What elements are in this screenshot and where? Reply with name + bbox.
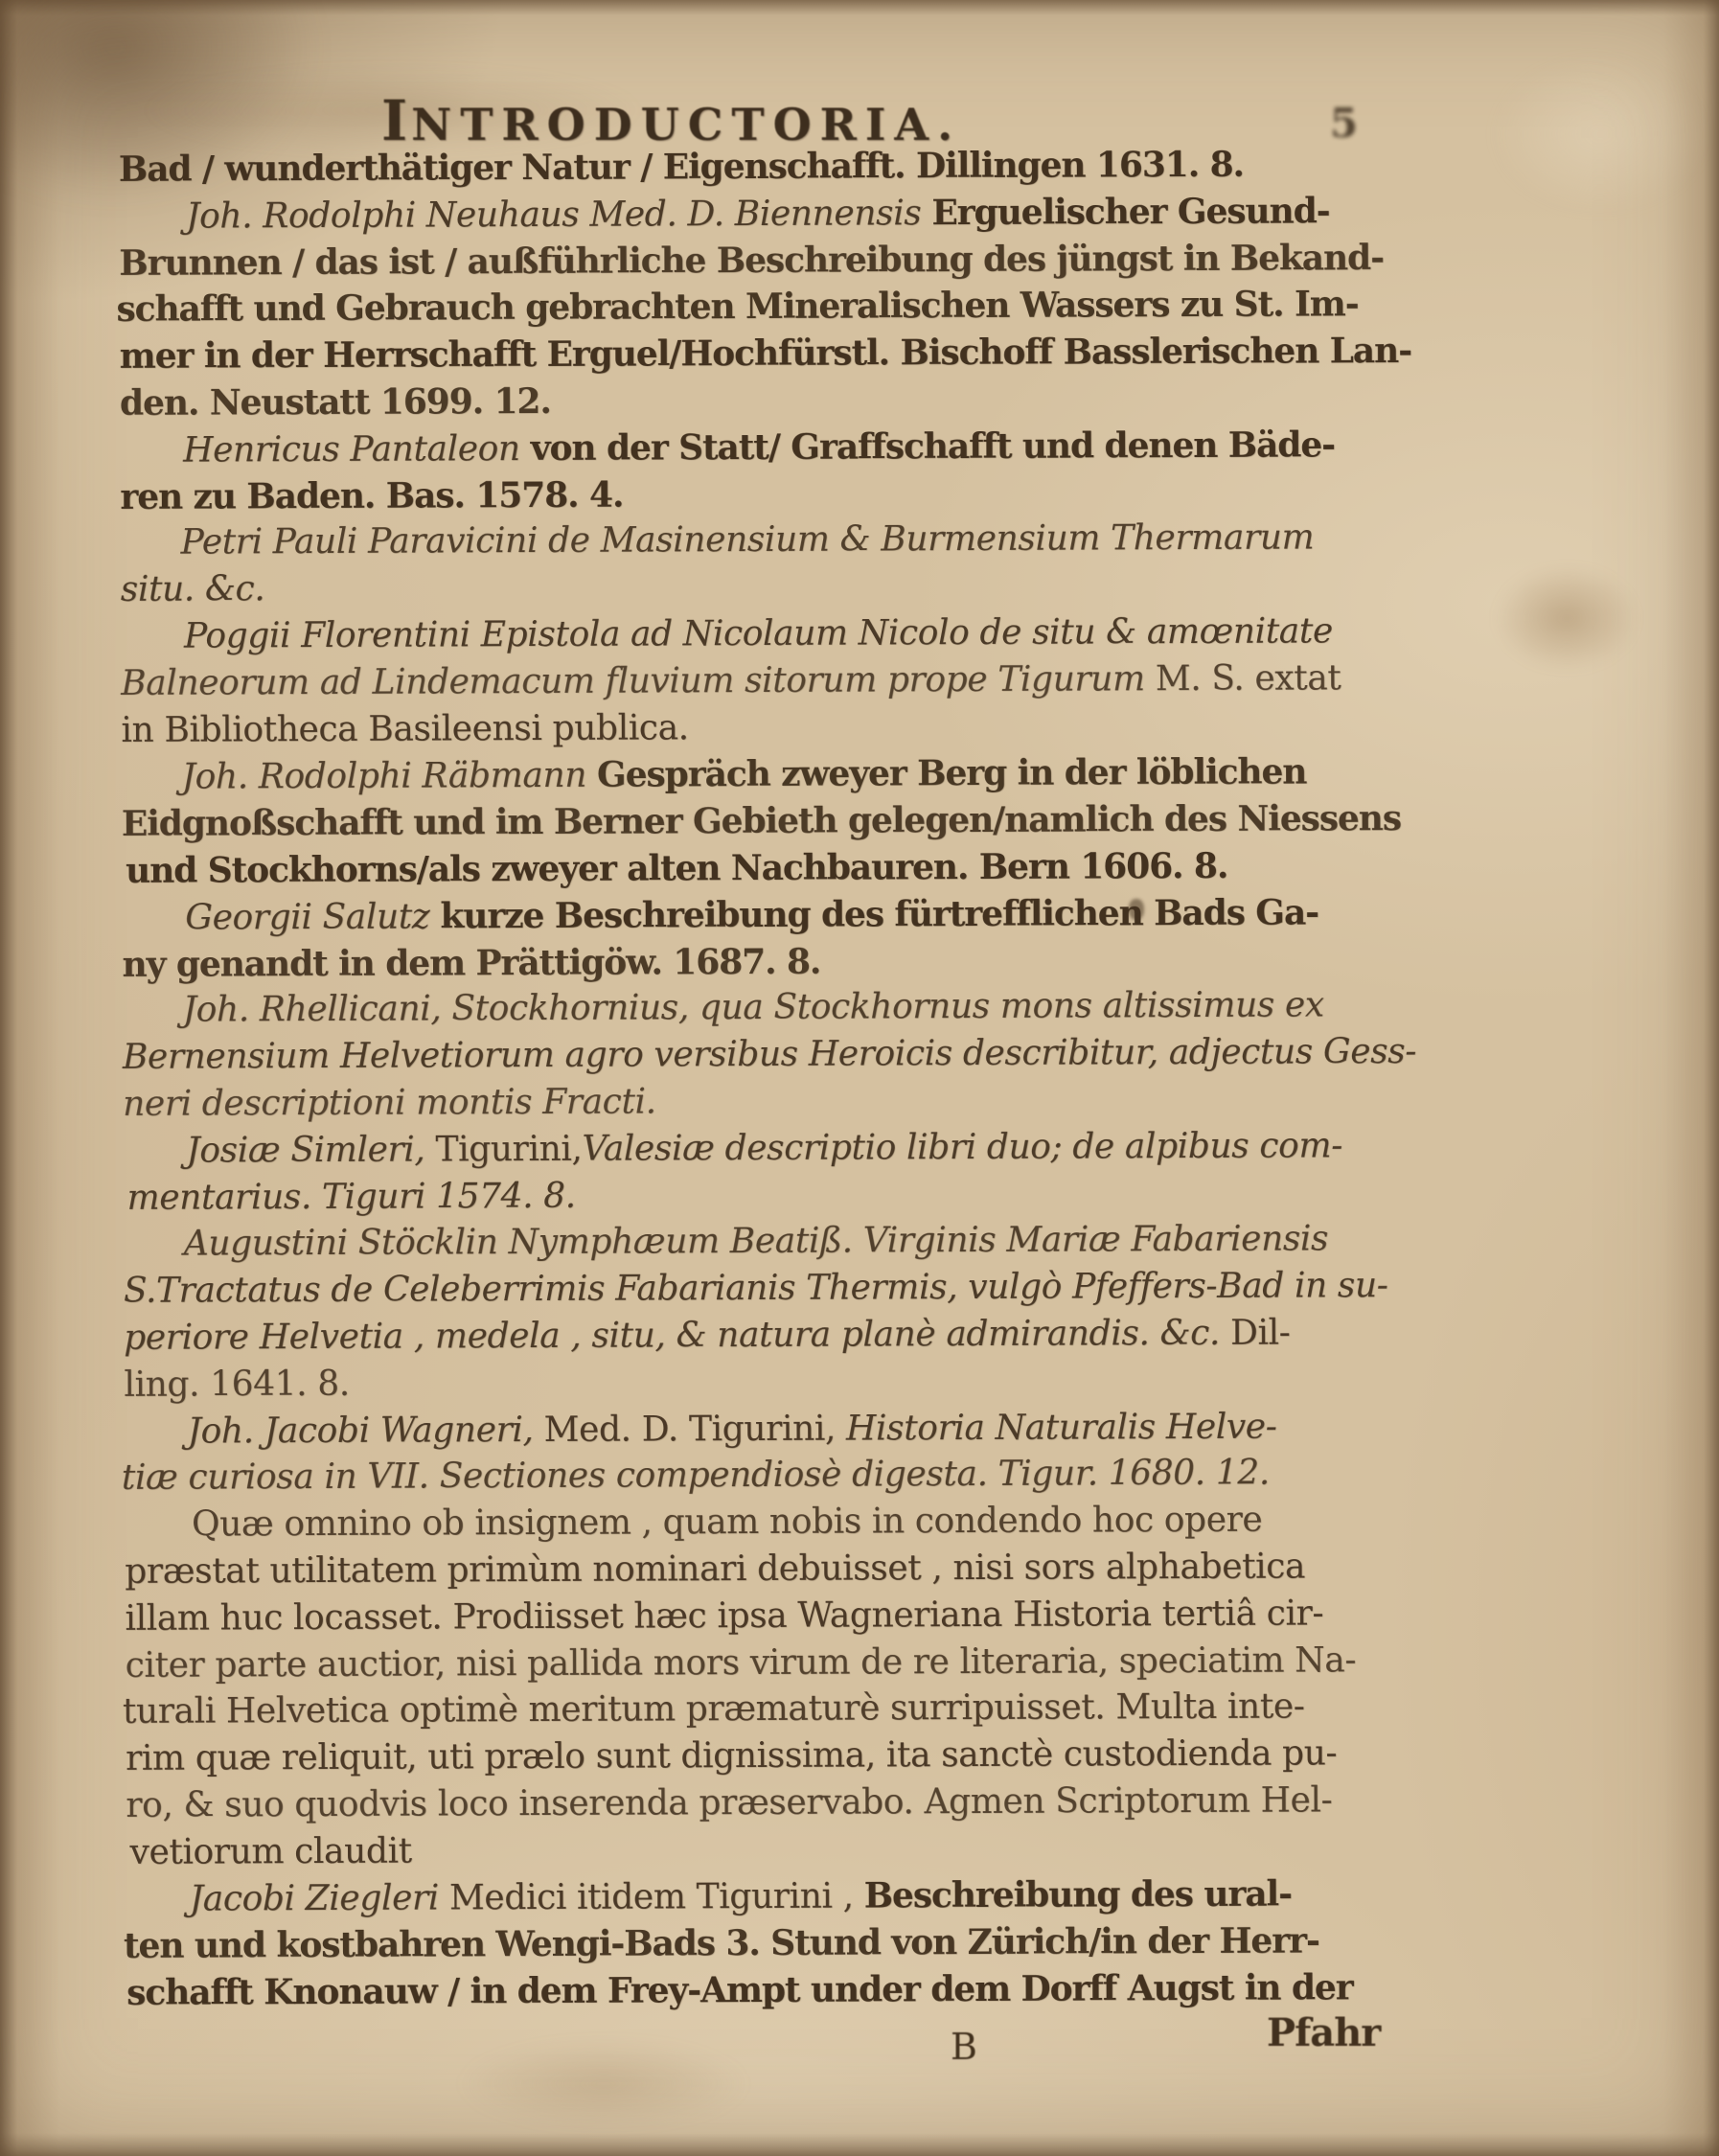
text-segment: Josiæ Simleri,: [186, 1130, 435, 1170]
text-line: Poggii Florentini Epistola ad Nicolaum N…: [121, 608, 1395, 661]
text-line: Quæ omnino ob insignem , quam nobis in c…: [128, 1497, 1399, 1549]
text-segment: Georgii Salutz: [185, 897, 440, 937]
text-segment: Eidgnoßschafft und im Berner Gebieth gel…: [122, 798, 1401, 844]
text-line: turali Helvetica optimè meritum præmatur…: [123, 1684, 1400, 1736]
text-line: schafft und Gebrauch gebrachten Minerali…: [116, 281, 1393, 333]
text-segment: ling. 1641. 8.: [124, 1365, 350, 1405]
text-line: ren zu Baden. Bas. 1578. 4.: [120, 469, 1394, 521]
text-line: rim quæ reliquit, uti prælo sunt digniss…: [126, 1731, 1400, 1783]
text-segment: tiæ curiosa in VII. Sectiones compendios…: [122, 1454, 1270, 1498]
text-segment: Augustini Stöcklin Nymphæum Beatiß. Virg…: [184, 1220, 1329, 1264]
text-segment: Balneorum ad Lindemacum fluvium sitorum …: [121, 659, 1156, 703]
text-segment: Valesiæ descriptio libri duo; de alpibus…: [582, 1126, 1342, 1168]
text-block: Bad / wunderthätiger Natur / Eigenschaff…: [119, 141, 1402, 2017]
text-line: tiæ curiosa in VII. Sectiones compendios…: [122, 1450, 1399, 1502]
text-line: periore Helvetia , medela , situ, & natu…: [124, 1310, 1398, 1363]
text-segment: neri descriptioni montis Fracti.: [123, 1082, 656, 1123]
text-segment: Erguelischer Gesund-: [931, 191, 1329, 233]
text-segment: Petri Pauli Paravicini de Masinensium & …: [180, 518, 1314, 562]
text-line: Brunnen / das ist / außführliche Beschre…: [119, 235, 1393, 287]
text-segment: schafft Knonauw / in dem Frey-Ampt under…: [126, 1967, 1353, 2013]
text-segment: und Stockhorns/als zweyer alten Nachbaur…: [126, 846, 1227, 891]
text-line: ny genandt in dem Prättigöw. 1687. 8.: [122, 936, 1396, 989]
scanned-book-page: INTRODUCTORIA. 5 Bad / wunderthätiger Na…: [0, 0, 1719, 2156]
text-segment: Gespräch zweyer Berg in der löblichen: [597, 752, 1307, 795]
text-segment: ny genandt in dem Prättigöw. 1687. 8.: [122, 941, 820, 984]
text-line: Joh. Rodolphi Neuhaus Med. D. Biennensis…: [123, 188, 1393, 241]
text-line: Joh. Jacobi Wagneri, Med. D. Tigurini, H…: [124, 1404, 1398, 1456]
text-line: citer parte auctior, nisi pallida mors v…: [126, 1638, 1400, 1690]
text-line: ling. 1641. 8.: [124, 1357, 1398, 1410]
bottom-smudge: [460, 2041, 747, 2127]
text-segment: Brunnen / das ist / außführliche Beschre…: [119, 238, 1384, 284]
text-line: Joh. Rodolphi Räbmann Gespräch zweyer Be…: [119, 748, 1396, 801]
text-segment: in Bibliotheca Basileensi publica.: [121, 708, 688, 750]
text-line: Joh. Rhellicani, Stockhornius, qua Stock…: [120, 982, 1397, 1035]
text-line: Bernensium Helvetiorum agro versibus Her…: [123, 1029, 1397, 1082]
text-segment: præstat utilitatem primùm nominari debui…: [125, 1547, 1305, 1591]
text-line: und Stockhorns/als zweyer alten Nachbaur…: [126, 842, 1396, 895]
text-line: Georgii Salutz kurze Beschreibung des fü…: [122, 889, 1396, 942]
text-line: Balneorum ad Lindemacum fluvium sitorum …: [121, 655, 1395, 708]
text-segment: vetiorum claudit: [129, 1831, 411, 1871]
text-segment: den. Neustatt 1699. 12.: [120, 381, 551, 424]
text-segment: citer parte auctior, nisi pallida mors v…: [126, 1640, 1357, 1686]
page-number: 5: [1330, 100, 1358, 147]
text-segment: M. S. extat: [1156, 658, 1341, 699]
paper-discoloration: [1495, 57, 1706, 211]
text-line: neri descriptioni montis Fracti.: [123, 1076, 1397, 1129]
text-segment: Joh. Rodolphi Räbmann: [182, 756, 598, 797]
text-segment: mer in der Herrschafft Erguel/Hochfürstl…: [120, 331, 1411, 377]
text-segment: Henricus Pantaleon: [183, 429, 531, 470]
text-line: Eidgnoßschafft und im Berner Gebieth gel…: [122, 795, 1396, 848]
text-segment: mentarius. Tiguri 1574. 8.: [126, 1176, 575, 1217]
text-segment: ro, & suo quodvis loco inserenda præserv…: [126, 1780, 1332, 1824]
text-segment: ten und kostbahren Wengi-Bads 3. Stund v…: [124, 1921, 1319, 1966]
catchword: Pfahr: [1267, 2010, 1380, 2055]
margin-stain: [1495, 565, 1639, 671]
text-line: ro, & suo quodvis loco inserenda præserv…: [126, 1778, 1400, 1830]
text-line: ten und kostbahren Wengi-Bads 3. Stund v…: [124, 1917, 1401, 1970]
text-segment: Beschreibung des ural-: [864, 1874, 1292, 1916]
text-line: Josiæ Simleri, Tigurini,Valesiæ descript…: [123, 1123, 1397, 1176]
text-segment: schafft und Gebrauch gebrachten Minerali…: [116, 285, 1358, 331]
text-segment: Medici itidem Tigurini ,: [449, 1877, 864, 1918]
text-line: situ. &c.: [121, 562, 1395, 614]
text-line: mer in der Herrschafft Erguel/Hochfürstl…: [120, 328, 1394, 380]
text-segment: Jacobi Ziegleri: [190, 1879, 449, 1919]
text-line: den. Neustatt 1699. 12.: [120, 375, 1394, 427]
text-segment: Med. D. Tigurini,: [544, 1409, 847, 1449]
text-segment: ren zu Baden. Bas. 1578. 4.: [120, 474, 623, 516]
signature-mark: B: [951, 2026, 977, 2068]
text-segment: Poggii Florentini Epistola ad Nicolaum N…: [184, 611, 1333, 655]
text-segment: von der Statt/ Graffschafft und denen Bä…: [531, 424, 1336, 469]
text-line: Augustini Stöcklin Nymphæum Beatiß. Virg…: [121, 1216, 1398, 1269]
text-segment: Historia Naturalis Helve-: [846, 1407, 1277, 1448]
text-line: illam huc locasset. Prodiisset hæc ipsa …: [125, 1591, 1399, 1643]
text-segment: situ. &c.: [121, 569, 265, 609]
text-line: Petri Pauli Paravicini de Masinensium & …: [117, 515, 1394, 567]
text-segment: Joh. Rodolphi Neuhaus Med. D. Biennensis: [186, 194, 931, 236]
text-line: præstat utilitatem primùm nominari debui…: [125, 1544, 1399, 1596]
text-line: Henricus Pantaleon von der Statt/ Graffs…: [120, 422, 1394, 474]
text-segment: Joh. Rhellicani, Stockhornius, qua Stock…: [183, 986, 1324, 1030]
text-segment: Joh. Jacobi Wagneri,: [188, 1411, 544, 1452]
text-segment: kurze Beschreibung des fürtrefflichen Ba…: [440, 892, 1318, 936]
text-segment: illam huc locasset. Prodiisset hæc ipsa …: [125, 1594, 1323, 1638]
text-line: mentarius. Tiguri 1574. 8.: [126, 1170, 1397, 1223]
text-segment: Quæ omnino ob insignem , quam nobis in c…: [192, 1501, 1262, 1545]
text-segment: Bad / wunderthätiger Natur / Eigenschaff…: [119, 145, 1244, 190]
text-segment: Dil-: [1230, 1314, 1291, 1353]
text-line: in Bibliotheca Basileensi publica.: [121, 702, 1395, 755]
text-line: S.Tractatus de Celeberrimis Fabarianis T…: [124, 1263, 1398, 1316]
text-line: vetiorum claudit: [129, 1824, 1400, 1877]
text-line: Bad / wunderthätiger Natur / Eigenschaff…: [119, 141, 1393, 194]
text-line: Jacobi Ziegleri Medici itidem Tigurini ,…: [126, 1871, 1401, 1924]
text-segment: periore Helvetia , medela , situ, & natu…: [124, 1314, 1230, 1358]
text-line: schafft Knonauw / in dem Frey-Ampt under…: [126, 1964, 1401, 2017]
text-segment: S.Tractatus de Celeberrimis Fabarianis T…: [124, 1266, 1388, 1311]
text-segment: Bernensium Helvetiorum agro versibus Her…: [123, 1032, 1416, 1077]
text-segment: rim quæ reliquit, uti prælo sunt digniss…: [126, 1733, 1337, 1778]
text-segment: Tigurini,: [435, 1130, 582, 1170]
text-segment: turali Helvetica optimè meritum præmatur…: [123, 1687, 1305, 1732]
